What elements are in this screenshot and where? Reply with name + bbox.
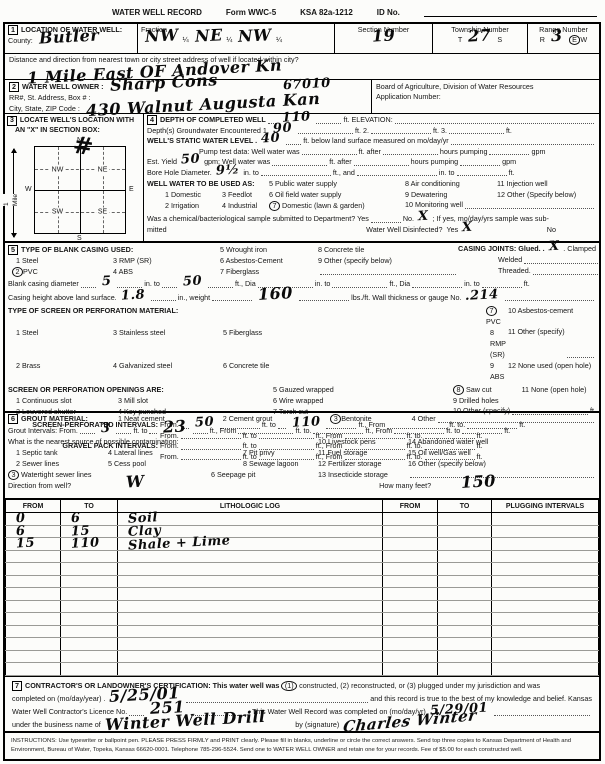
form-title: WATER WELL RECORD bbox=[112, 8, 202, 17]
lithologic-log-table: FROM TO LITHOLOGIC LOG FROM TO PLUGGING … bbox=[5, 499, 599, 676]
contamination-option-8: 8 Sewage lagoon bbox=[243, 458, 318, 469]
log-cell-value: 15 bbox=[16, 541, 35, 548]
contamination-option-3-text: Watertight sewer lines bbox=[21, 470, 91, 479]
dotted-leader bbox=[238, 427, 293, 434]
log-cell-value: 6 bbox=[16, 529, 26, 535]
use-option-1: 1 Domestic bbox=[165, 189, 222, 200]
log-cell bbox=[492, 525, 599, 538]
use-option-4: 4 Industrial bbox=[222, 200, 269, 211]
dotted-leader bbox=[313, 427, 363, 434]
log-cell bbox=[383, 513, 438, 526]
screen-material-title: TYPE OF SCREEN OR PERFORATION MATERIAL: bbox=[8, 305, 398, 327]
ft-label: ft. bbox=[524, 279, 530, 290]
groundwater-label: Depth(s) Groundwater Encountered bbox=[147, 126, 261, 137]
log-cell bbox=[6, 613, 61, 626]
log-cell bbox=[438, 638, 492, 651]
cert-line4b: by (signature) bbox=[295, 718, 339, 731]
log-cell-value: 110 bbox=[71, 541, 100, 548]
dotted-leader bbox=[212, 294, 252, 301]
joints-threaded: Threaded. bbox=[498, 266, 531, 277]
log-row bbox=[6, 600, 599, 613]
log-cell bbox=[438, 625, 492, 638]
quadrant-sw: SW bbox=[50, 208, 65, 217]
section-7-number: 7 bbox=[12, 681, 22, 691]
dotted-leader bbox=[395, 117, 594, 124]
log-cell bbox=[61, 600, 118, 613]
quarter-3-value: NW bbox=[238, 32, 272, 40]
section-4-number: 4 bbox=[147, 115, 157, 125]
use-option-10-text: 10 Monitoring well bbox=[405, 200, 463, 211]
screen-option-2: 2 Brass bbox=[8, 360, 113, 382]
log-cell bbox=[438, 600, 492, 613]
log-row bbox=[6, 638, 599, 651]
range-r: R bbox=[540, 35, 545, 44]
quarter-1-value: NW bbox=[145, 32, 179, 40]
casing-option-3: 3 RMP (SR) bbox=[113, 255, 220, 266]
dotted-leader bbox=[465, 202, 594, 209]
screen-option-11: 11 Other (specify) bbox=[508, 327, 596, 360]
direction-value: W bbox=[126, 479, 145, 486]
screen-option-7-circle: 7 bbox=[486, 306, 497, 316]
log-cell bbox=[438, 538, 492, 551]
section-5-number: 5 bbox=[8, 245, 18, 255]
locate-line1: LOCATE WELL'S LOCATION WITH bbox=[20, 117, 134, 124]
use-option-6: 6 Oil field water supply bbox=[269, 189, 405, 200]
log-cell bbox=[383, 613, 438, 626]
use-option-2: 2 Irrigation bbox=[165, 200, 222, 211]
grout-interval-from: 3 bbox=[101, 425, 111, 431]
ft-dia-label: ft., Dia bbox=[235, 279, 256, 290]
screen-option-5: 5 Fiberglass bbox=[223, 327, 398, 360]
instructions-footer: INSTRUCTIONS: Use typewriter or ballpoin… bbox=[5, 731, 599, 759]
log-row bbox=[6, 663, 599, 676]
joints-label: CASING JOINTS: Glued. . bbox=[458, 244, 545, 255]
compass-e: E bbox=[129, 185, 134, 194]
section-casing: 5TYPE OF BLANK CASING USED: 5 Wrought ir… bbox=[5, 242, 599, 412]
screen-option-1: 1 Steel bbox=[8, 327, 113, 360]
log-cell bbox=[383, 525, 438, 538]
log-cell-value: Clay bbox=[128, 528, 162, 536]
static-level-value: 40 bbox=[261, 136, 280, 143]
screen-option-3: 3 Stainless steel bbox=[113, 327, 223, 360]
dotted-leader bbox=[567, 351, 594, 358]
log-cell bbox=[383, 600, 438, 613]
grout-option-3-selected: 3Bentonite bbox=[330, 414, 371, 425]
use-option-8: 8 Air conditioning bbox=[405, 178, 497, 189]
log-cell bbox=[118, 650, 383, 663]
dotted-leader bbox=[524, 257, 598, 264]
form-header: WATER WELL RECORD Form WWC-5 KSA 82a-121… bbox=[0, 0, 605, 19]
log-cell bbox=[438, 613, 492, 626]
ft-to-label: ft. to bbox=[446, 426, 460, 437]
quadrant-nw: NW bbox=[50, 166, 66, 175]
contamination-option-11: 11 Fuel storage bbox=[318, 447, 408, 458]
dotted-leader bbox=[371, 216, 401, 223]
disinfected-no: No bbox=[547, 225, 556, 236]
wall-thickness-value: .214 bbox=[465, 292, 499, 300]
owner-name-value: Sharp Cons bbox=[110, 77, 218, 89]
range-value: 3 bbox=[551, 33, 563, 40]
ft-3-label: ft. 3. bbox=[433, 126, 447, 137]
log-cell bbox=[61, 563, 118, 576]
log-row bbox=[6, 625, 599, 638]
screen-option-10: 10 Asbestos-cement bbox=[508, 305, 596, 327]
dotted-leader bbox=[302, 148, 357, 155]
screen-option-11-text: 11 Other (specify) bbox=[508, 327, 565, 338]
log-cell bbox=[118, 575, 383, 588]
log-cell-value: 6 bbox=[71, 516, 81, 522]
log-cell bbox=[6, 663, 61, 676]
dotted-leader bbox=[332, 281, 387, 288]
dotted-leader bbox=[451, 138, 594, 145]
log-cell bbox=[492, 575, 599, 588]
ft-label: ft. bbox=[509, 168, 515, 179]
grout-option-3-circle: 3 bbox=[330, 414, 341, 424]
dotted-leader bbox=[117, 281, 142, 288]
log-cell bbox=[492, 538, 599, 551]
grout-interval-to: 23 bbox=[163, 423, 187, 430]
hours-pumping-label: hours pumping bbox=[411, 157, 459, 168]
direction-label: Direction from well? bbox=[8, 481, 71, 492]
log-cell bbox=[438, 650, 492, 663]
blank-diameter-value: 5 bbox=[102, 279, 112, 285]
log-cell bbox=[383, 563, 438, 576]
ft-from-label: ft., From bbox=[210, 426, 237, 437]
log-cell: 110 bbox=[61, 538, 118, 551]
use-title: WELL WATER TO BE USED AS: bbox=[147, 178, 269, 189]
section-1-number: 1 bbox=[8, 25, 18, 35]
county-label: County: bbox=[8, 36, 33, 45]
contamination-option-6: 6 Seepage pit bbox=[211, 469, 318, 480]
id-number-blank bbox=[424, 9, 597, 17]
log-cell bbox=[6, 638, 61, 651]
gpm-label: gpm bbox=[531, 147, 545, 158]
cert-line1b: constructed, (2) reconstructed, or (3) p… bbox=[299, 679, 540, 692]
log-row bbox=[6, 588, 599, 601]
log-cell bbox=[6, 650, 61, 663]
ft-after-label: ft. after bbox=[359, 147, 381, 158]
dotted-leader bbox=[438, 416, 594, 423]
log-cell bbox=[383, 575, 438, 588]
owner-city-label: City, State, ZIP Code : bbox=[9, 104, 80, 113]
contamination-option-13: 13 Insecticide storage bbox=[318, 469, 408, 480]
log-cell bbox=[492, 513, 599, 526]
log-cell bbox=[438, 513, 492, 526]
joints-threaded-line: Threaded. bbox=[458, 266, 600, 277]
log-cell bbox=[492, 650, 599, 663]
log-cell-value: 15 bbox=[71, 528, 90, 535]
section-square: NW NE SW SE # bbox=[34, 146, 126, 234]
log-cell bbox=[118, 613, 383, 626]
dotted-leader bbox=[81, 281, 96, 288]
casing-option-5: 5 Wrought iron bbox=[220, 244, 318, 255]
log-cell bbox=[118, 563, 383, 576]
log-cell: Clay bbox=[118, 525, 383, 538]
ft-after-label: ft. after bbox=[329, 157, 351, 168]
range-w: W bbox=[580, 35, 587, 44]
casing-joints: CASING JOINTS: Glued. . X . Clamped bbox=[458, 244, 600, 255]
dotted-leader bbox=[286, 138, 301, 145]
form-body: 1LOCATION OF WATER WELL: County: Butler … bbox=[3, 22, 601, 761]
sample-tail: ; If yes, mo/day/yrs sample was sub- bbox=[433, 214, 549, 225]
sample-question: Was a chemical/bacteriological sample su… bbox=[147, 214, 369, 225]
compass-w: W bbox=[25, 185, 32, 194]
use-option-7-selected: 7 Domestic (lawn & garden) bbox=[269, 200, 405, 211]
use-option-7-circle: 7 bbox=[269, 201, 280, 211]
section-3-number: 3 bbox=[7, 116, 17, 126]
log-cell bbox=[118, 625, 383, 638]
est-yield-label: Est. Yield bbox=[147, 157, 177, 168]
section-well-data: 4 DEPTH OF COMPLETED WELL 110 ft. ELEVAT… bbox=[144, 114, 599, 241]
log-header-from2: FROM bbox=[383, 500, 438, 513]
casing-option-9: 9 Other (specify below) bbox=[318, 255, 458, 266]
agency-name: Board of Agriculture, Division of Water … bbox=[376, 82, 595, 92]
contamination-option-12: 12 Fertilizer storage bbox=[318, 458, 408, 469]
log-cell bbox=[492, 588, 599, 601]
use-option-11: 11 Injection well bbox=[497, 178, 596, 189]
screen-option-8: 8 RMP (SR) bbox=[398, 327, 508, 360]
joints-clamped: . Clamped bbox=[563, 244, 596, 255]
use-options: WELL WATER TO BE USED AS: 5 Public water… bbox=[144, 178, 599, 211]
openings-option-6: 6 Wire wrapped bbox=[273, 395, 453, 406]
log-cell bbox=[438, 563, 492, 576]
range-label: Range Number bbox=[531, 25, 596, 34]
log-header-to2: TO bbox=[438, 500, 492, 513]
log-cell bbox=[61, 663, 118, 676]
section-locate-box: 3LOCATE WELL'S LOCATION WITH AN "X" IN S… bbox=[5, 114, 144, 241]
log-cell bbox=[118, 600, 383, 613]
dotted-leader bbox=[299, 294, 349, 301]
casing-height-label: Casing height above land surface. bbox=[8, 293, 117, 304]
openings-option-8-selected: 8 Saw cut bbox=[453, 385, 492, 394]
log-cell-value: Shale + Lime bbox=[128, 539, 231, 550]
sample-mitted: mitted bbox=[147, 225, 167, 236]
log-cell bbox=[383, 638, 438, 651]
log-cell bbox=[492, 663, 599, 676]
screen-option-12: 12 None used (open hole) bbox=[508, 360, 596, 382]
dotted-leader bbox=[505, 294, 594, 301]
in-to-label: in. to bbox=[243, 168, 259, 179]
contamination-option-7: 7 Pit privy bbox=[243, 447, 318, 458]
ft-to-dot-label: ft. to. bbox=[295, 426, 311, 437]
openings-option-8-text: Saw cut bbox=[466, 385, 492, 394]
section-grout: 6 GROUT MATERIAL: 1 Neat cement 2 Cement… bbox=[5, 412, 599, 499]
log-cell bbox=[61, 588, 118, 601]
openings-row1-right: 8 Saw cut 11 None (open hole) bbox=[453, 384, 596, 395]
cert-line4a: under the business name of bbox=[12, 718, 101, 731]
casing-option-7: 7 Fiberglass bbox=[220, 266, 318, 277]
log-cell bbox=[438, 525, 492, 538]
mid-row: 3LOCATE WELL'S LOCATION WITH AN "X" IN S… bbox=[5, 114, 599, 242]
openings-option-11: 11 None (open hole) bbox=[522, 385, 587, 394]
in-to-label: in. to bbox=[144, 279, 160, 290]
dotted-leader bbox=[457, 169, 507, 176]
openings-option-9: 9 Drilled holes bbox=[453, 395, 596, 406]
weight-label: in., weight bbox=[178, 293, 210, 304]
use-option-3: 3 Feedlot bbox=[222, 189, 269, 200]
cert-business-name: Winter Well Drill bbox=[105, 714, 266, 728]
section-number-cell: Section Number 19 bbox=[335, 24, 433, 53]
log-cell bbox=[438, 663, 492, 676]
distance-label: Distance and direction from nearest town… bbox=[9, 55, 595, 64]
log-cell bbox=[6, 563, 61, 576]
instructions-line2: Environment, Bureau of Water, Topeka, Ka… bbox=[11, 746, 593, 755]
log-cell: 15 bbox=[6, 538, 61, 551]
log-header-row: FROM TO LITHOLOGIC LOG FROM TO PLUGGING … bbox=[6, 500, 599, 513]
bore-hole-label: Bore Hole Diameter. bbox=[147, 168, 212, 179]
in-to-label: in. to bbox=[315, 279, 331, 290]
dotted-leader bbox=[410, 471, 594, 478]
casing-option-4: 4 ABS bbox=[113, 266, 220, 277]
contamination-option-14: 14 Abandoned water well bbox=[408, 436, 596, 447]
dotted-leader bbox=[462, 427, 502, 434]
log-cell bbox=[492, 638, 599, 651]
grout-option-2: 2 Cement grout bbox=[223, 414, 273, 425]
sample-no-label: No. bbox=[403, 214, 414, 225]
ft-label: ft. bbox=[506, 126, 512, 137]
dotted-leader bbox=[272, 159, 327, 166]
use-option-9: 9 Dewatering bbox=[405, 189, 497, 200]
dotted-leader bbox=[449, 127, 504, 134]
log-cell bbox=[6, 588, 61, 601]
log-header-to: TO bbox=[61, 500, 118, 513]
log-cell bbox=[383, 550, 438, 563]
log-cell bbox=[61, 575, 118, 588]
log-row bbox=[6, 613, 599, 626]
joints-welded: Welded bbox=[498, 255, 522, 266]
quarter-glyph: ¼ bbox=[226, 35, 232, 44]
one-mile-label: 1 Mile bbox=[2, 194, 20, 206]
county-cell: 1LOCATION OF WATER WELL: County: Butler bbox=[5, 24, 138, 53]
openings-option-3: 3 Mill slot bbox=[118, 395, 273, 406]
fraction-cell: Fraction NW¼ NE¼ NW¼ bbox=[138, 24, 335, 53]
log-cell bbox=[61, 638, 118, 651]
range-east-circled: E bbox=[569, 35, 581, 45]
log-cell: Shale + Lime bbox=[118, 538, 383, 551]
log-cell bbox=[61, 613, 118, 626]
range-cell: Range Number R 3 EW bbox=[528, 24, 599, 53]
disinfected-yes-mark: X bbox=[462, 224, 473, 231]
dotted-leader bbox=[116, 427, 131, 434]
in-to-label: in. to bbox=[439, 168, 455, 179]
section-box-diagram: N S W E NW NE SW SE # 1 Mi bbox=[7, 137, 139, 241]
casing-option-2-circle: 2 bbox=[12, 267, 23, 277]
well-location-mark: # bbox=[73, 142, 94, 151]
est-yield-value: 50 bbox=[181, 157, 200, 164]
hours-pumping-label: hours pumping bbox=[440, 147, 488, 158]
use-option-5: 5 Public water supply bbox=[269, 178, 405, 189]
contamination-option-5: 5 Cess pool bbox=[108, 458, 243, 469]
log-row: 15110Shale + Lime bbox=[6, 538, 599, 551]
county-value: Butler bbox=[39, 32, 99, 41]
use-option-10: 10 Monitoring well bbox=[405, 200, 596, 211]
contamination-option-3-circle: 3 bbox=[8, 470, 19, 480]
owner-zip-value: 67010 bbox=[283, 81, 331, 89]
log-cell bbox=[383, 650, 438, 663]
log-row bbox=[6, 563, 599, 576]
dotted-leader bbox=[151, 294, 176, 301]
agency-box: Board of Agriculture, Division of Water … bbox=[371, 80, 599, 113]
ksa-number: KSA 82a-1212 bbox=[300, 8, 353, 17]
pump-test-label: Pump test data: Well water was bbox=[199, 147, 300, 158]
casing-height-value: 1.8 bbox=[121, 292, 145, 299]
bore-hole-value: 9½ bbox=[216, 167, 240, 174]
contamination-options: What is the nearest source of possible c… bbox=[5, 436, 599, 480]
casing-option-2-text: PVC bbox=[23, 267, 38, 276]
dotted-leader bbox=[357, 169, 437, 176]
log-row bbox=[6, 650, 599, 663]
screen-option-6: 6 Concrete tile bbox=[223, 360, 398, 382]
gpm-label: gpm bbox=[502, 157, 516, 168]
weight-value: 160 bbox=[258, 290, 293, 298]
dotted-leader bbox=[149, 427, 157, 434]
section-certification: 7 CONTRACTOR'S OR LANDOWNER'S CERTIFICAT… bbox=[5, 676, 599, 731]
grout-option-4: 4 Other bbox=[412, 414, 436, 425]
use-option-7-text: Domestic (lawn & garden) bbox=[282, 201, 365, 210]
ft-to-label: ft. to bbox=[133, 426, 147, 437]
use-option-12: 12 Other (Specify below) bbox=[497, 189, 596, 200]
instructions-line1: INSTRUCTIONS: Use typewriter or ballpoin… bbox=[11, 737, 593, 746]
township-value: 27 bbox=[468, 32, 492, 39]
ft-2-label: ft. 2. bbox=[355, 126, 369, 137]
dotted-leader bbox=[261, 169, 331, 176]
grout-option-3-text: Bentonite bbox=[341, 414, 371, 423]
owner-title: WATER WELL OWNER : bbox=[22, 82, 104, 91]
how-many-feet-label: How many feet? bbox=[379, 481, 431, 492]
log-cell bbox=[383, 663, 438, 676]
dotted-leader bbox=[533, 268, 598, 275]
dotted-leader bbox=[383, 148, 438, 155]
one-mile-arrow: 1 Mile bbox=[13, 149, 14, 237]
casing-option-1: 1 Steel bbox=[8, 255, 113, 266]
contamination-option-16: 16 Other (specify below) bbox=[408, 458, 596, 469]
township-t: T bbox=[458, 35, 462, 44]
casing-option-8: 8 Concrete tile bbox=[318, 244, 458, 255]
quarter-2-value: NE bbox=[194, 32, 222, 39]
openings-option-1: 1 Continuous slot bbox=[8, 395, 118, 406]
log-cell bbox=[6, 600, 61, 613]
dotted-leader bbox=[482, 281, 522, 288]
township-s: S bbox=[497, 35, 502, 44]
feet-value: 150 bbox=[461, 478, 496, 486]
log-header-plugging: PLUGGING INTERVALS bbox=[492, 500, 599, 513]
contamination-option-15: 15 Oil well/Gas well bbox=[408, 447, 596, 458]
static-level-label: WELL'S STATIC WATER LEVEL . bbox=[147, 136, 257, 147]
disinfected-yes: Yes bbox=[446, 225, 458, 236]
quarter-glyph: ¼ bbox=[183, 35, 189, 44]
log-cell bbox=[118, 588, 383, 601]
distance-row: Distance and direction from nearest town… bbox=[5, 54, 599, 80]
section-2-number: 2 bbox=[9, 82, 19, 92]
quarter-glyph: ¼ bbox=[276, 35, 282, 44]
contamination-option-10: 10 Livestock pens bbox=[318, 436, 408, 447]
openings-option-8-circle: 8 bbox=[453, 385, 464, 395]
dotted-leader bbox=[316, 117, 341, 124]
section-number-value: 19 bbox=[372, 32, 396, 39]
openings-title: SCREEN OR PERFORATION OPENINGS ARE: bbox=[8, 384, 273, 395]
joints-glued-mark: X bbox=[549, 244, 560, 251]
casing-option-2-selected: 2PVC bbox=[8, 266, 113, 277]
log-cell bbox=[438, 575, 492, 588]
log-cell-value: Soil bbox=[128, 515, 158, 523]
cert-line2a: completed on (mo/day/year) . bbox=[12, 692, 105, 705]
openings-option-5: 5 Gauzed wrapped bbox=[273, 384, 453, 395]
log-cell bbox=[118, 638, 383, 651]
contamination-label: What is the nearest source of possible c… bbox=[8, 436, 318, 447]
screen-option-4: 4 Galvanized steel bbox=[113, 360, 223, 382]
form-number: Form WWC-5 bbox=[226, 8, 276, 17]
log-cell-value: 0 bbox=[16, 516, 26, 522]
